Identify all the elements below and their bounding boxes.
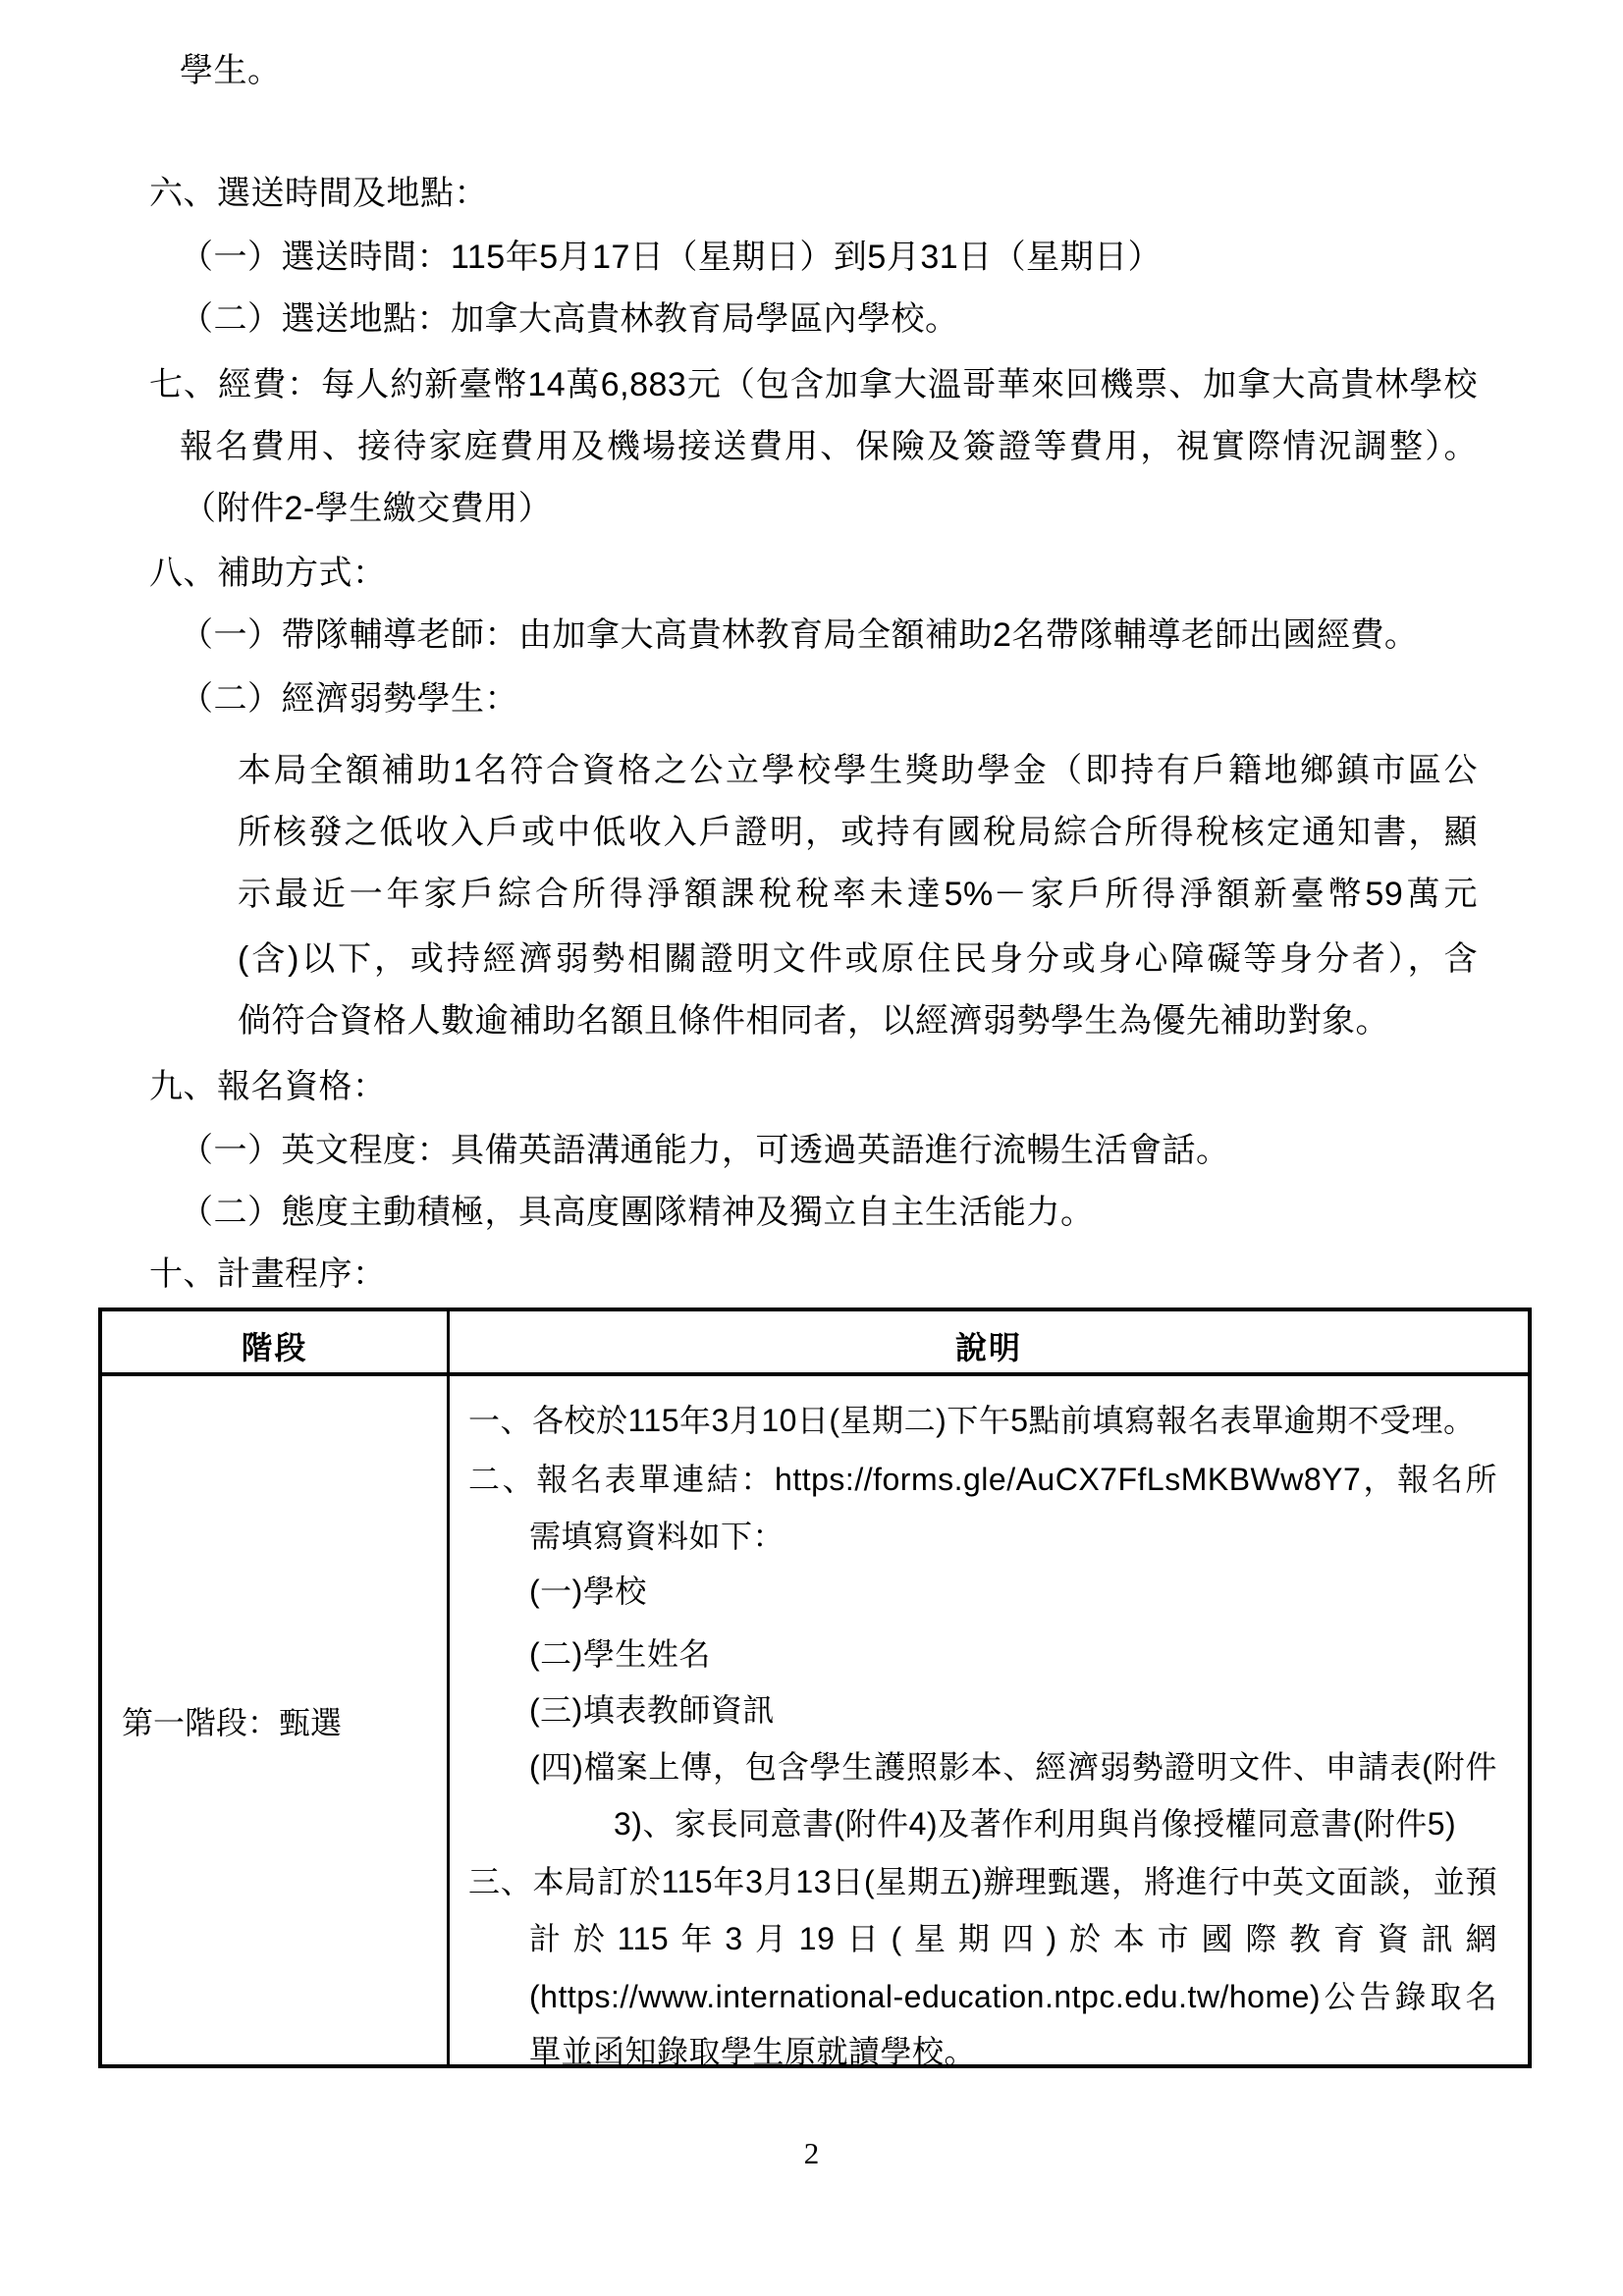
table-header-stage: 階段 <box>102 1323 447 1368</box>
body-line: （二）態度主動積極，具高度團隊精神及獨立自主生活能力。 <box>180 1193 1095 1232</box>
description-line: (一)學校 <box>529 1574 647 1610</box>
section-heading-8: 八、補助方式： <box>149 554 387 593</box>
section-heading-10: 十、計畫程序： <box>149 1255 387 1294</box>
body-line: （二）選送地點：加拿大高貴林教育局學區內學校。 <box>180 299 959 339</box>
body-line: （一）選送時間：115年5月17日（星期日）到5月31日（星期日） <box>180 238 1162 277</box>
body-line: 報名費用、接待家庭費用及機場接送費用、保險及簽證等費用，視實際情況調整）。 <box>180 427 1478 466</box>
body-line: 倘符合資格人數逾補助名額且條件相同者，以經濟弱勢學生為優先補助對象。 <box>238 1001 1389 1041</box>
description-line: 3)、家長同意書(附件4)及著作利用與肖像授權同意書(附件5) <box>614 1806 1456 1842</box>
description-line: 單並函知錄取學生原就讀學校。 <box>529 2034 976 2070</box>
description-line: 三、本局訂於115年3月13日(星期五)辦理甄選，將進行中英文面談，並預 <box>468 1864 1497 1900</box>
document-page: 學生。 六、選送時間及地點： （一）選送時間：115年5月17日（星期日）到5月… <box>0 0 1623 2296</box>
description-line: 需填寫資料如下： <box>529 1519 784 1555</box>
description-line: (https://www.international-education.ntp… <box>529 1979 1497 2015</box>
section-heading-9: 九、報名資格： <box>149 1067 387 1106</box>
section-heading-6: 六、選送時間及地點： <box>149 174 488 213</box>
description-line: (四)檔案上傳，包含學生護照影本、經濟弱勢證明文件、申請表(附件 <box>529 1749 1497 1786</box>
description-line: 計於115年3月19日(星期四)於本市國際教育資訊網 <box>529 1921 1497 1957</box>
body-line: (含)以下，或持經濟弱勢相關證明文件或原住民身分或身心障礙等身分者），含 <box>238 939 1478 979</box>
body-line: （一）帶隊輔導老師：由加拿大高貴林教育局全額補助2名帶隊輔導老師出國經費。 <box>180 615 1418 655</box>
description-line: (三)填表教師資訊 <box>529 1692 775 1729</box>
body-line: （一）英文程度：具備英語溝通能力，可透過英語進行流暢生活會話。 <box>180 1131 1230 1170</box>
procedure-table: 階段 說明 第一階段：甄選 一、各校於115年3月10日(星期二)下午5點前填寫… <box>98 1308 1532 2068</box>
description-line: 二、報名表單連結：https://forms.gle/AuCX7FfLsMKBW… <box>468 1462 1497 1498</box>
body-line: （附件2-學生繳交費用） <box>183 489 552 528</box>
page-number: 2 <box>0 2136 1623 2171</box>
stage-cell: 第一階段：甄選 <box>122 1698 342 1743</box>
body-line: （二）經濟弱勢學生： <box>180 679 518 719</box>
table-column-divider <box>447 1311 450 2064</box>
body-line: 本局全額補助1名符合資格之公立學校學生獎助學金（即持有戶籍地鄉鎮市區公 <box>238 751 1478 790</box>
description-line: 一、各校於115年3月10日(星期二)下午5點前填寫報名表單逾期不受理。 <box>468 1403 1476 1439</box>
table-header-divider <box>102 1372 1528 1376</box>
section-heading-7: 七、經費：每人約新臺幣14萬6,883元（包含加拿大溫哥華來回機票、加拿大高貴林… <box>149 365 1478 404</box>
description-line: (二)學生姓名 <box>529 1636 711 1673</box>
body-line: 示最近一年家戶綜合所得淨額課稅稅率未達5%－家戶所得淨額新臺幣59萬元 <box>238 875 1478 914</box>
body-line: 所核發之低收入戶或中低收入戶證明，或持有國稅局綜合所得稅核定通知書，顯 <box>238 813 1478 852</box>
body-line: 學生。 <box>180 51 282 90</box>
table-header-description: 說明 <box>450 1323 1528 1368</box>
